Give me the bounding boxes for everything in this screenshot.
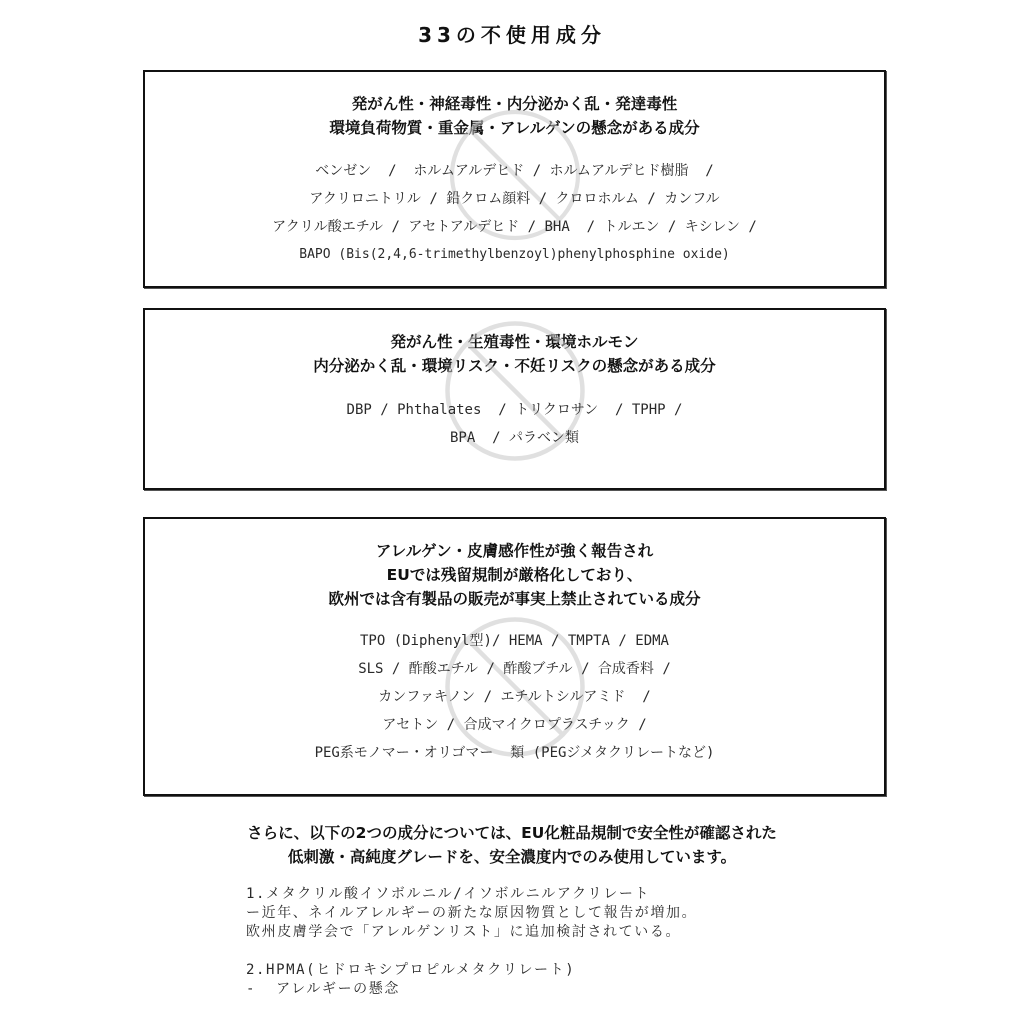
- list-item-line: - アレルギーの懸念: [246, 980, 697, 999]
- box-heading-line: アレルゲン・皮膚感作性が強く報告され: [145, 539, 884, 563]
- ingredient-line: カンファキノン / エチルトシルアミド /: [145, 683, 884, 711]
- page-title: 33の不使用成分: [0, 19, 1024, 48]
- box-heading-line: 欧州では含有製品の販売が事実上禁止されている成分: [145, 587, 884, 611]
- safety-note: さらに、以下の2つの成分については、EU化粧品規制で安全性が確認された 低刺激・…: [0, 821, 1024, 869]
- list-item-line: 欧州皮膚学会で「アレルゲンリスト」に追加検討されている。: [246, 923, 697, 942]
- ingredient-line: DBP / Phthalates / トリクロサン / TPHP /: [145, 396, 884, 424]
- list-item-line: ー近年、ネイルアレルギーの新たな原因物質として報告が増加。: [246, 904, 697, 923]
- ingredient-line: アクリロニトリル / 鉛クロム顔料 / クロロホルム / カンフル: [145, 185, 884, 213]
- ingredient-line: BAPO (Bis(2,4,6-trimethylbenzoyl)phenylp…: [145, 241, 884, 269]
- ingredient-group-box-3: アレルゲン・皮膚感作性が強く報告され EUでは残留規制が厳格化しており、 欧州で…: [143, 517, 886, 796]
- ingredient-list: DBP / Phthalates / トリクロサン / TPHP / BPA /…: [145, 396, 884, 452]
- ingredient-group-box-2: 発がん性・生殖毒性・環境ホルモン 内分泌かく乱・環境リスク・不妊リスクの懸念があ…: [143, 308, 886, 490]
- note-line: さらに、以下の2つの成分については、EU化粧品規制で安全性が確認された: [0, 821, 1024, 845]
- ingredient-line: アクリル酸エチル / アセトアルデヒド / BHA / トルエン / キシレン …: [145, 213, 884, 241]
- list-item: 2.HPMA(ヒドロキシプロピルメタクリレート) - アレルギーの懸念: [246, 961, 697, 999]
- ingredient-line: ベンゼン / ホルムアルデヒド / ホルムアルデヒド樹脂 /: [145, 157, 884, 185]
- ingredient-list: TPO (Diphenyl型)/ HEMA / TMPTA / EDMA SLS…: [145, 627, 884, 767]
- ingredient-group-box-1: 発がん性・神経毒性・内分泌かく乱・発達毒性 環境負荷物質・重金属・アレルゲンの懸…: [143, 70, 886, 288]
- ingredient-line: TPO (Diphenyl型)/ HEMA / TMPTA / EDMA: [145, 627, 884, 655]
- box-heading: アレルゲン・皮膚感作性が強く報告され EUでは残留規制が厳格化しており、 欧州で…: [145, 539, 884, 611]
- note-line: 低刺激・高純度グレードを、安全濃度内でのみ使用しています。: [0, 845, 1024, 869]
- list-item-line: 2.HPMA(ヒドロキシプロピルメタクリレート): [246, 961, 697, 980]
- ingredient-line: アセトン / 合成マイクロプラスチック /: [145, 711, 884, 739]
- list-item: 1.メタクリル酸イソボルニル/イソボルニルアクリレート ー近年、ネイルアレルギー…: [246, 885, 697, 942]
- ingredient-list: ベンゼン / ホルムアルデヒド / ホルムアルデヒド樹脂 / アクリロニトリル …: [145, 157, 884, 269]
- ingredient-line: PEG系モノマー・オリゴマー 類 (PEGジメタクリレートなど): [145, 739, 884, 767]
- ingredient-line: SLS / 酢酸エチル / 酢酸ブチル / 合成香料 /: [145, 655, 884, 683]
- list-item-line: 1.メタクリル酸イソボルニル/イソボルニルアクリレート: [246, 885, 697, 904]
- exception-ingredient-list: 1.メタクリル酸イソボルニル/イソボルニルアクリレート ー近年、ネイルアレルギー…: [246, 885, 697, 1018]
- ingredient-line: BPA / パラベン類: [145, 424, 884, 452]
- box-heading-line: EUでは残留規制が厳格化しており、: [145, 563, 884, 587]
